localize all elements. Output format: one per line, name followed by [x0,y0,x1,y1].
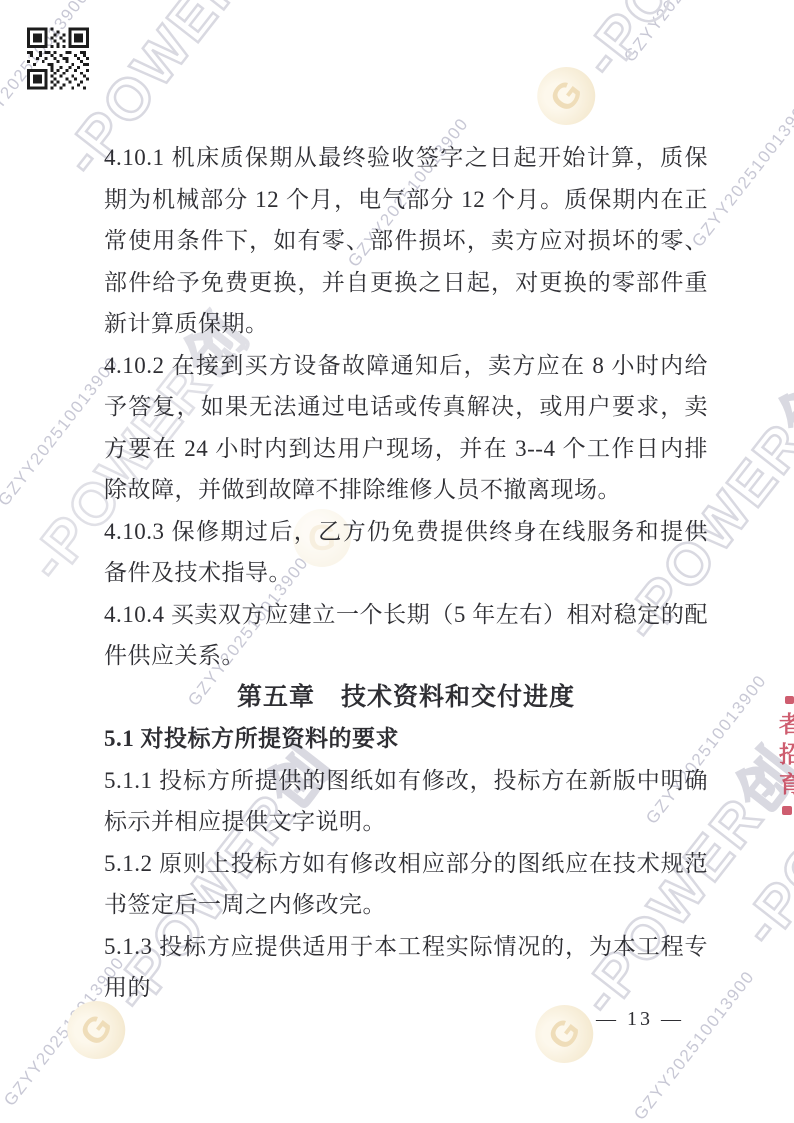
chapter-heading: 第五章 技术资料和交付进度 [104,677,708,719]
seal-character: 者 [779,710,794,740]
page-number: — 13 — [596,1008,684,1031]
clause-4-10-1: 4.10.1 机床质保期从最终验收签字之日起开始计算，质保期为机械部分 12 个… [104,137,708,345]
brand-watermark: -POWER创 [515,0,794,145]
clause-4-10-4: 4.10.4 买卖双方应建立一个长期（5 年左右）相对稳定的配件供应关系。 [104,594,708,677]
document-page: GZYY202510013900 GZYY202510013900 GZYY20… [0,0,794,1123]
red-seal-fragment: 者 招 育 [779,694,794,818]
seal-character: 招 [779,740,794,770]
clause-4-10-3: 4.10.3 保修期过后，乙方仍免费提供终身在线服务和提供备件及技术指导。 [104,511,708,594]
clause-4-10-2: 4.10.2 在接到买方设备故障通知后，卖方应在 8 小时内给予答复，如果无法通… [104,345,708,511]
section-heading: 5.1 对投标方所提资料的要求 [104,718,708,760]
clause-5-1-3: 5.1.3 投标方应提供适用于本工程实际情况的，为本工程专用的 [104,926,708,1009]
clause-5-1-1: 5.1.1 投标方所提供的图纸如有修改，投标方在新版中明确标示并相应提供文字说明… [104,760,708,843]
qr-code [27,25,89,92]
seal-character: 育 [779,770,794,800]
brand-watermark-text: -POWER创 [557,0,794,91]
clause-5-1-2: 5.1.2 原则上投标方如有修改相应部分的图纸应在技术规范书签定后一周之内修改完… [104,843,708,926]
document-body: 4.10.1 机床质保期从最终验收签字之日起开始计算，质保期为机械部分 12 个… [104,137,708,1009]
